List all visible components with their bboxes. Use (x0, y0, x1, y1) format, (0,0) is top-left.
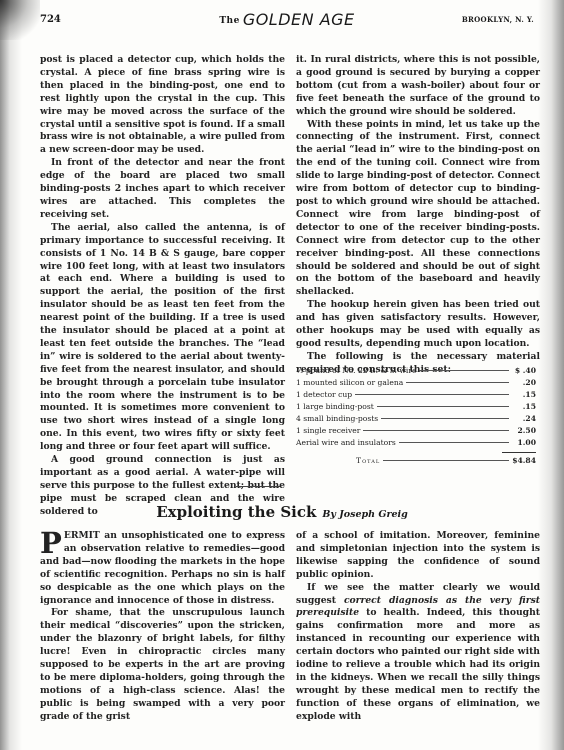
paragraph: The hookup herein given has been tried o… (296, 299, 540, 351)
radio-article-column-1: post is placed a detector cup, which hol… (40, 54, 285, 519)
paragraph: For shame, that the unscrupulous launch … (40, 607, 285, 723)
material-price: $ .40 (512, 365, 536, 377)
radio-article-column-2: it. In rural districts, where this is no… (296, 54, 540, 377)
material-price: 2.50 (512, 425, 536, 437)
scan-edge-right (538, 0, 564, 750)
paragraph: of a school of imitation. Moreover, femi… (296, 530, 540, 582)
material-item: 1 large binding-post (296, 401, 374, 413)
material-item: 1 detector cup (296, 389, 352, 401)
materials-total-row: Total$4.84 (296, 455, 536, 467)
material-item: 1 mounted silicon or galena (296, 377, 403, 389)
article-separator (236, 486, 280, 487)
materials-row: 4 small binding-posts.24 (296, 413, 536, 425)
material-item: 1 single receiver (296, 425, 360, 437)
material-item: ½ pound of No. 22 B. & S. wire (296, 365, 416, 377)
materials-row: Aerial wire and insulators1.00 (296, 437, 536, 449)
paragraph: If we see the matter clearly we would su… (296, 582, 540, 724)
sick-article-column-1: PERMIT an unsophisticated one to express… (40, 530, 285, 724)
material-price: 1.00 (512, 437, 536, 449)
materials-row: ½ pound of No. 22 B. & S. wire$ .40 (296, 365, 536, 377)
running-header: 724 TheGOLDEN AGE BROOKLYN, N. Y. (40, 10, 534, 32)
paragraph-text: ERMIT an unsophisticated one to express … (40, 530, 285, 606)
material-price: .20 (512, 377, 536, 389)
dot-leader (355, 394, 509, 395)
paragraph-text: to health. Indeed, this thought gains co… (296, 607, 540, 721)
magazine-page: 724 TheGOLDEN AGE BROOKLYN, N. Y. post i… (0, 0, 564, 750)
materials-row: 1 mounted silicon or galena.20 (296, 377, 536, 389)
material-item: Aerial wire and insulators (296, 437, 396, 449)
title-name: GOLDEN AGE (243, 10, 355, 29)
scan-corner-shadow (0, 0, 40, 40)
dot-leader (406, 382, 509, 383)
material-price: .15 (512, 401, 536, 413)
material-price: .15 (512, 389, 536, 401)
paragraph: it. In rural districts, where this is no… (296, 54, 540, 119)
dot-leader (377, 406, 509, 407)
dot-leader (363, 430, 509, 431)
drop-cap: P (40, 531, 62, 555)
dot-leader (381, 418, 509, 419)
publication-title: TheGOLDEN AGE (40, 10, 534, 29)
paragraph: With these points in mind, let us take u… (296, 119, 540, 300)
scan-edge-left (0, 0, 22, 750)
paragraph: PERMIT an unsophisticated one to express… (40, 530, 285, 607)
title-prefix: The (219, 16, 239, 26)
article-heading: Exploiting the SickBy Joseph Greig (0, 502, 564, 521)
materials-list: ½ pound of No. 22 B. & S. wire$ .40 1 mo… (296, 365, 536, 467)
total-label: Total (356, 455, 380, 467)
dot-leader (383, 460, 509, 461)
sick-article-column-2: of a school of imitation. Moreover, femi… (296, 530, 540, 724)
total-price: $4.84 (512, 455, 536, 467)
paragraph: The aerial, also called the antenna, is … (40, 222, 285, 454)
material-item: 4 small binding-posts (296, 413, 378, 425)
materials-row: 1 detector cup.15 (296, 389, 536, 401)
paragraph: In front of the detector and near the fr… (40, 157, 285, 222)
paragraph: post is placed a detector cup, which hol… (40, 54, 285, 157)
publication-location: BROOKLYN, N. Y. (462, 15, 534, 24)
materials-row: 1 large binding-post.15 (296, 401, 536, 413)
article-byline: By Joseph Greig (322, 509, 407, 520)
article-title: Exploiting the Sick (156, 503, 316, 521)
material-price: .24 (512, 413, 536, 425)
total-rule (502, 452, 536, 453)
dot-leader (399, 442, 509, 443)
dot-leader (419, 370, 509, 371)
materials-row: 1 single receiver2.50 (296, 425, 536, 437)
